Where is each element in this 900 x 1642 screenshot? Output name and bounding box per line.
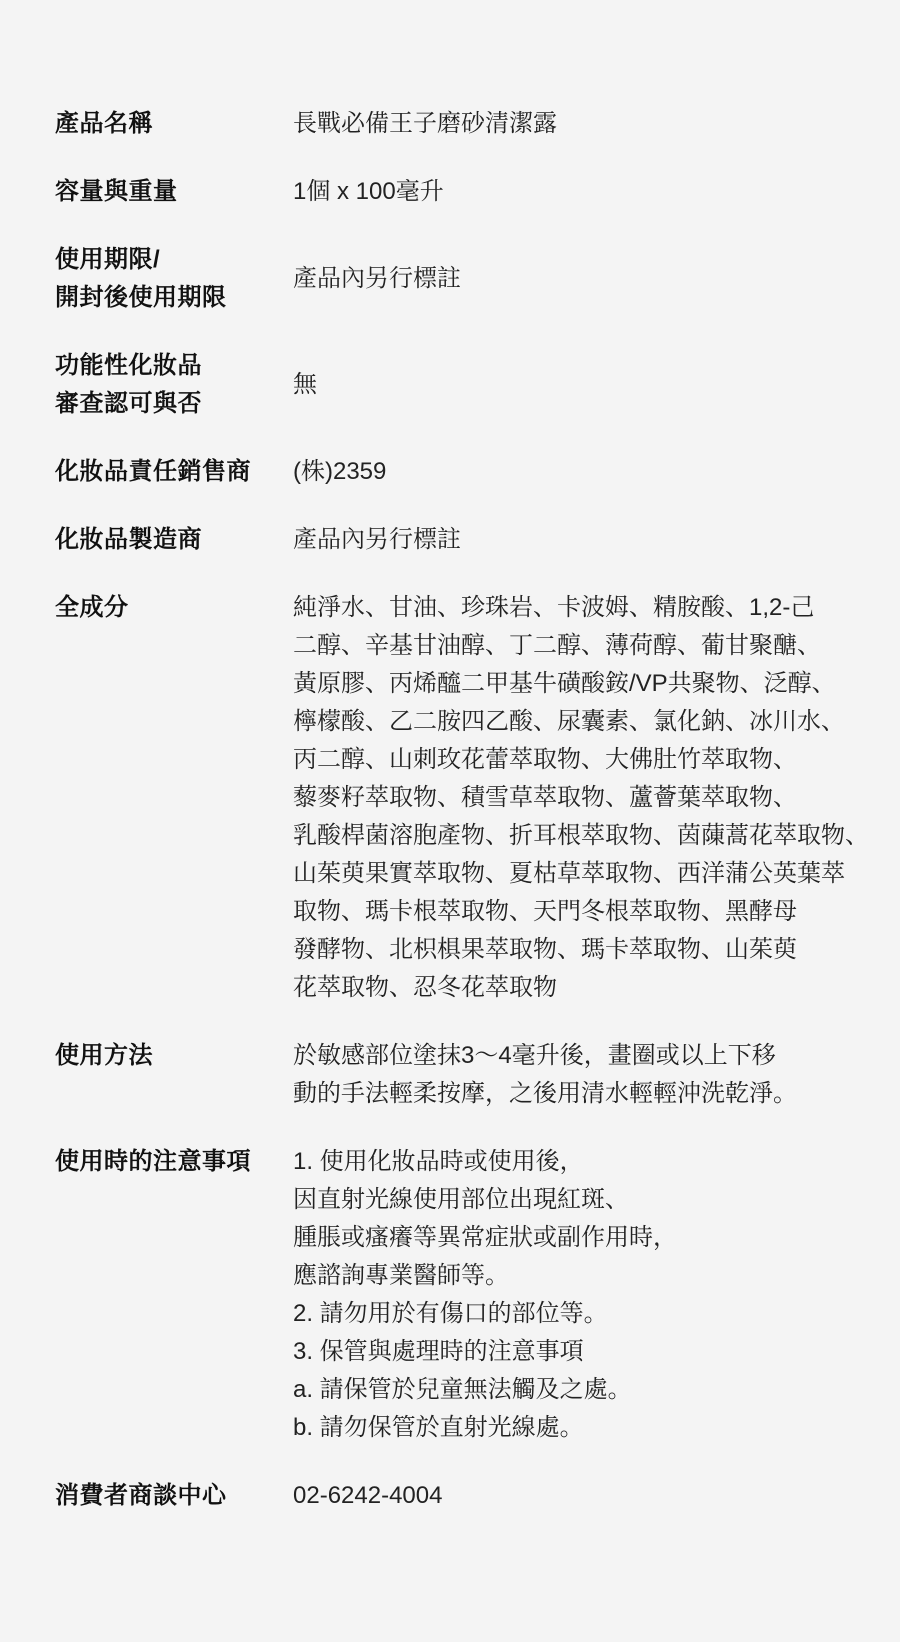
consumer-center-value: 02-6242-4004 [293,1477,900,1515]
responsible-seller-label: 化妝品責任銷售商 [55,453,293,491]
functional-approval-value: 無 [293,366,900,404]
row-consumer-center: 消費者商談中心 02-6242-4004 [55,1477,900,1515]
row-volume-weight: 容量與重量 1個 x 100毫升 [55,173,900,211]
product-name-value: 長戰必備王子磨砂清潔露 [293,105,900,143]
manufacturer-value: 產品內另行標註 [293,521,900,559]
expiry-value: 產品內另行標註 [293,260,900,298]
functional-approval-label: 功能性化妝品 審查認可與否 [55,347,293,423]
usage-label: 使用方法 [55,1037,293,1075]
row-manufacturer: 化妝品製造商 產品內另行標註 [55,521,900,559]
ingredients-value: 純淨水、甘油、珍珠岩、卡波姆、精胺酸、1,2-己 二醇、辛基甘油醇、丁二醇、薄荷… [293,589,900,1007]
responsible-seller-value: (株)2359 [293,453,900,491]
volume-weight-value: 1個 x 100毫升 [293,173,900,211]
row-product-name: 產品名稱 長戰必備王子磨砂清潔露 [55,105,900,143]
row-precautions: 使用時的注意事項 1. 使用化妝品時或使用後， 因直射光線使用部位出現紅斑、 腫… [55,1143,900,1447]
consumer-center-label: 消費者商談中心 [55,1477,293,1515]
row-functional-approval: 功能性化妝品 審查認可與否 無 [55,347,900,423]
row-ingredients: 全成分 純淨水、甘油、珍珠岩、卡波姆、精胺酸、1,2-己 二醇、辛基甘油醇、丁二… [55,589,900,1007]
expiry-label: 使用期限/ 開封後使用期限 [55,241,293,317]
product-name-label: 產品名稱 [55,105,293,143]
product-info-table: 產品名稱 長戰必備王子磨砂清潔露 容量與重量 1個 x 100毫升 使用期限/ … [0,0,900,1515]
usage-value: 於敏感部位塗抹3～4毫升後，畫圈或以上下移 動的手法輕柔按摩，之後用清水輕輕沖洗… [293,1037,900,1113]
row-responsible-seller: 化妝品責任銷售商 (株)2359 [55,453,900,491]
precautions-label: 使用時的注意事項 [55,1143,293,1181]
volume-weight-label: 容量與重量 [55,173,293,211]
row-expiry: 使用期限/ 開封後使用期限 產品內另行標註 [55,241,900,317]
precautions-value: 1. 使用化妝品時或使用後， 因直射光線使用部位出現紅斑、 腫脹或瘙癢等異常症狀… [293,1143,900,1447]
row-usage: 使用方法 於敏感部位塗抹3～4毫升後，畫圈或以上下移 動的手法輕柔按摩，之後用清… [55,1037,900,1113]
ingredients-label: 全成分 [55,589,293,627]
manufacturer-label: 化妝品製造商 [55,521,293,559]
